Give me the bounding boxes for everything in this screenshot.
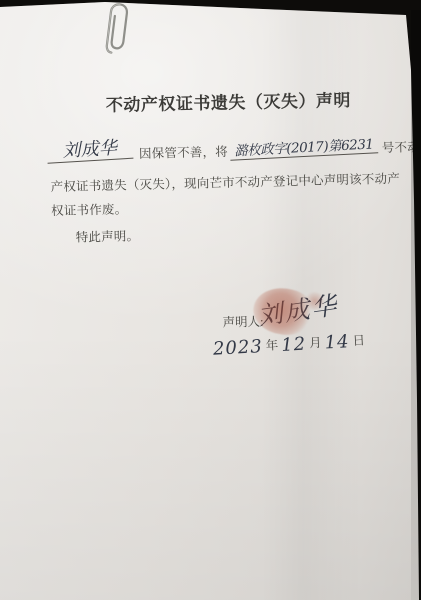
document-title: 不动产权证书遗失（灭失）声明: [106, 86, 351, 116]
body-line-2: 产权证书遗失（灭失），现向芒市不动产登记中心声明该不动产: [50, 169, 400, 196]
body-text-after-name: 因保管不善，将: [139, 142, 228, 162]
date-line: 2023年12月14日: [212, 330, 368, 360]
date-year-handwritten: 2023: [212, 336, 263, 360]
declarant-name-handwritten: 刘成华: [46, 138, 133, 164]
paper-sheet: 不动产权证书遗失（灭失）声明 刘成华因保管不善，将潞枚政字(2017)第6231…: [0, 0, 421, 600]
document-content: 不动产权证书遗失（灭失）声明 刘成华因保管不善，将潞枚政字(2017)第6231…: [0, 0, 421, 600]
date-month-unit: 月: [309, 336, 322, 351]
date-month-handwritten: 12: [281, 334, 307, 356]
date-year-unit: 年: [265, 338, 278, 353]
certificate-number-handwritten: 潞枚政字(2017)第6231: [229, 136, 378, 160]
closing-statement: 特此声明。: [75, 226, 139, 246]
body-line-1: 刘成华因保管不善，将潞枚政字(2017)第6231号不动: [47, 134, 420, 165]
date-day-unit: 日: [352, 333, 365, 348]
body-text-after-certificate: 号不动: [382, 137, 421, 156]
body-line-3: 权证书作废。: [51, 199, 128, 219]
photo-background: 不动产权证书遗失（灭失）声明 刘成华因保管不善，将潞枚政字(2017)第6231…: [0, 0, 421, 600]
date-day-handwritten: 14: [324, 331, 350, 353]
